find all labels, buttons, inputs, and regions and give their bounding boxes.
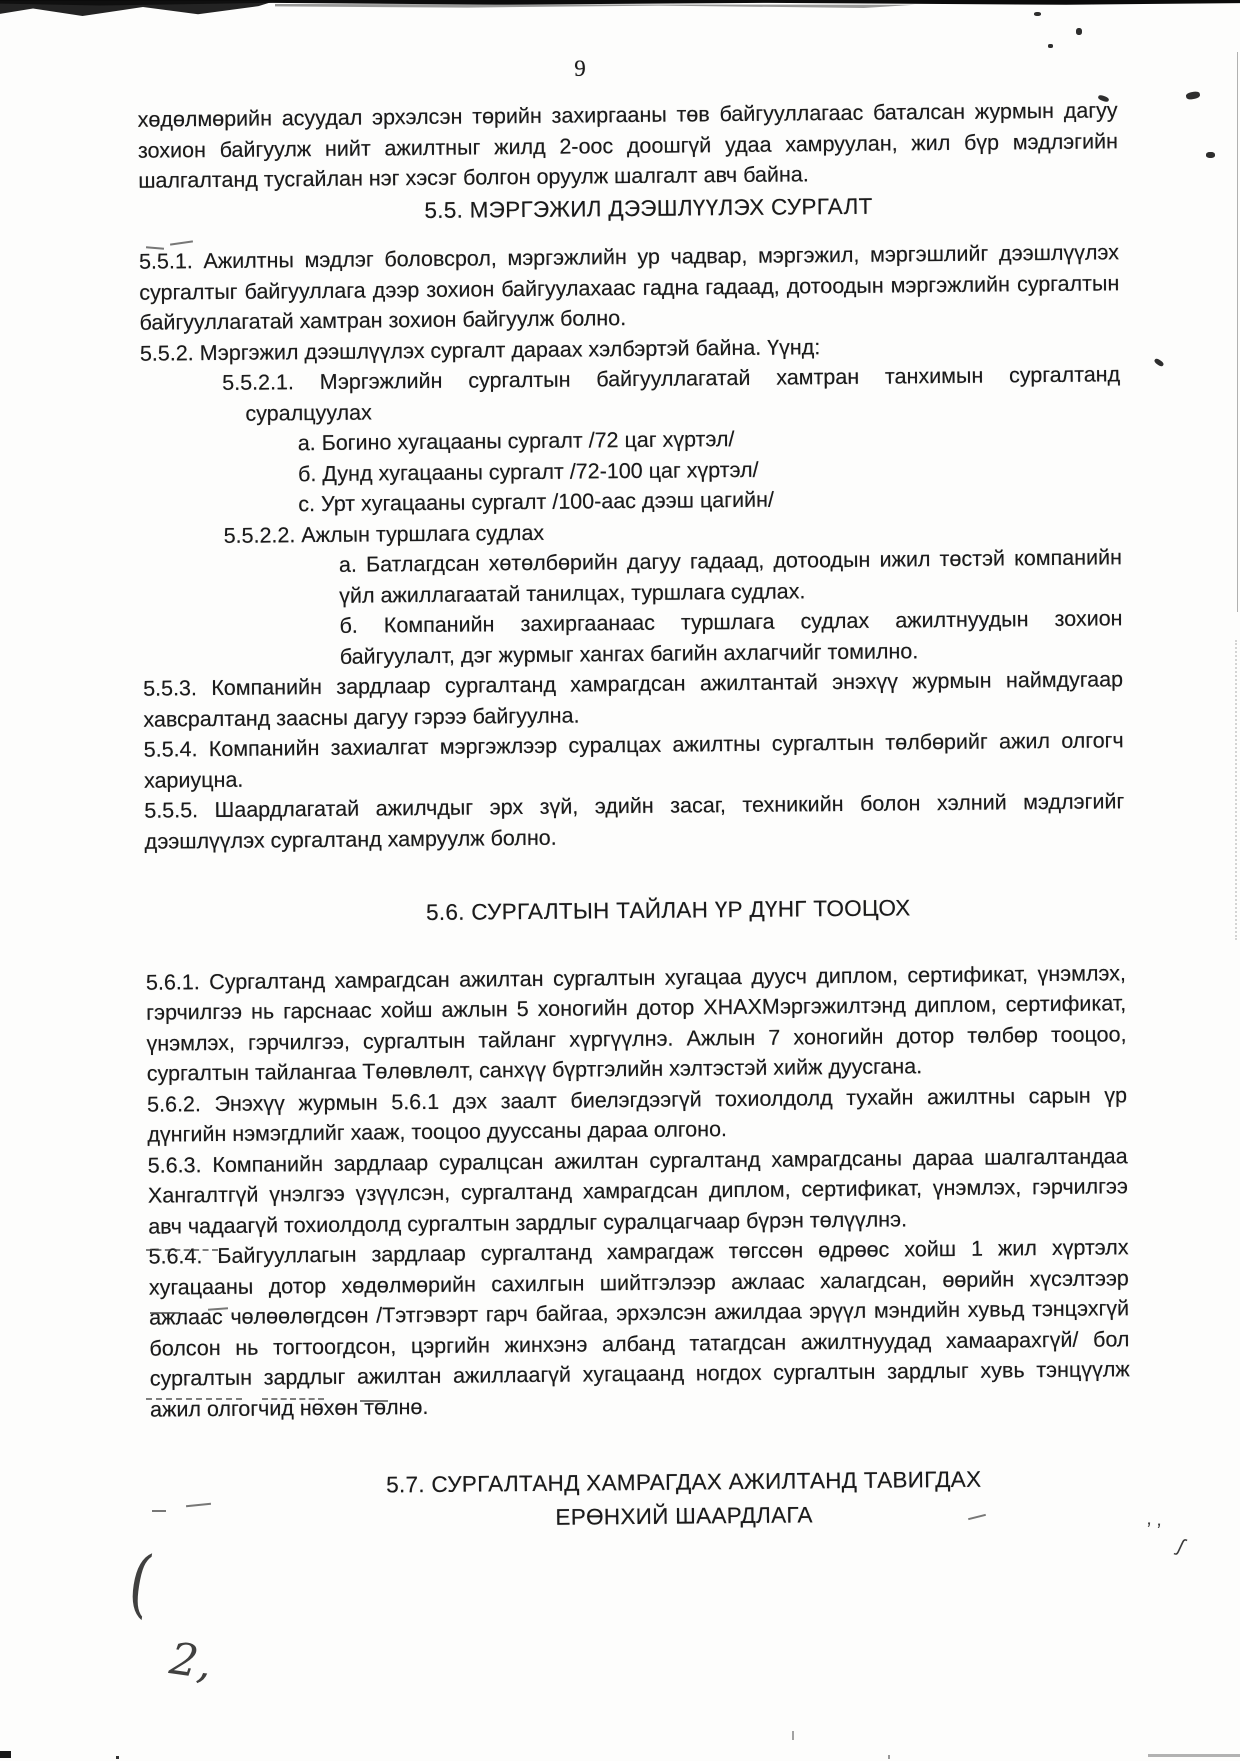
scan-speck <box>792 1731 794 1740</box>
paragraph-5-5-4: 5.5.4. Компанийн захиалгат мэргэжлээр су… <box>144 725 1125 795</box>
paragraph-5-6-3: 5.6.3. Компанийн зардлаар суралцсан ажил… <box>148 1141 1129 1242</box>
paragraph-5-6-4: 5.6.4. Байгууллагын зардлаар сургалтанд … <box>148 1232 1130 1424</box>
handwritten-note: 2, <box>167 1633 216 1689</box>
list-item-b-team-leader: б. Компанийн захиргаанаас туршлага судла… <box>339 603 1123 672</box>
pencil-dash <box>150 1312 180 1314</box>
pencil-strike <box>146 1398 242 1400</box>
list-item-a-experience-study: а. Батлагдсан хөтөлбөрийн дагуу гадаад, … <box>339 542 1123 611</box>
scan-speck <box>1153 358 1164 368</box>
pencil-strike <box>262 1398 324 1400</box>
scan-speck <box>116 1756 119 1759</box>
scan-artifact-bottom-blob <box>0 1751 11 1758</box>
paragraph-5-5-1: 5.5.1. Ажилтны мэдлэг боловсрол, мэргэжл… <box>139 237 1120 338</box>
pencil-dash <box>360 1400 388 1402</box>
scan-artifact-right-edge-line <box>1237 52 1239 612</box>
pencil-dash <box>152 1510 166 1512</box>
scanned-document-page: 9 хөдөлмөрийн асуудал эрхэлсэн төрийн за… <box>0 0 1240 1761</box>
scan-artifact-right-edge-dots <box>1235 640 1237 940</box>
scan-speck <box>1048 44 1053 48</box>
stray-hook-mark: ʃ <box>1175 1536 1186 1559</box>
scan-speck <box>1076 28 1082 35</box>
scan-speck <box>1034 12 1041 16</box>
paragraph-5-6-2: 5.6.2. Энэхүү журмын 5.6.1 дэх заалт бие… <box>147 1080 1128 1150</box>
paragraph-5-5-5: 5.5.5. Шаардлагатай ажилчдыг эрх зүй, эд… <box>144 786 1125 856</box>
paragraph-5-6-1: 5.6.1. Сургалтанд хамрагдсан ажилтан сур… <box>146 958 1127 1089</box>
scan-speck <box>1206 152 1215 158</box>
paragraph-5-5-3: 5.5.3. Компанийн зардлаар сургалтанд хам… <box>143 664 1124 734</box>
scan-artifact-bottom-line <box>1148 1754 1240 1757</box>
heading-5-6: 5.6. СУРГАЛТЫН ТАЙЛАН ҮР ДҮНГ ТООЦОХ <box>178 891 1158 931</box>
scan-speck <box>1185 91 1200 100</box>
document-body: хөдөлмөрийн асуудал эрхэлсэн төрийн захи… <box>138 95 1132 1538</box>
paragraph-5-5-2-1: 5.5.2.1. Мэргэжлийн сургалтын байгууллаг… <box>140 359 1121 429</box>
scan-speck <box>888 1755 890 1759</box>
stray-quote-marks: ’’ <box>1145 1519 1168 1544</box>
scan-artifact-top-smear <box>275 4 915 8</box>
paragraph-intro-continuation: хөдөлмөрийн асуудал эрхэлсэн төрийн захи… <box>138 95 1119 196</box>
heading-5-7: 5.7. СУРГАЛТАНД ХАМРАГДАХ АЖИЛТАНД ТАВИГ… <box>194 1461 1175 1538</box>
pencil-underline <box>146 1249 218 1251</box>
handwritten-paren-mark: ( <box>123 1539 158 1627</box>
page-number: 9 <box>560 56 600 82</box>
scan-artifact-top-left-smudge <box>0 1 275 16</box>
